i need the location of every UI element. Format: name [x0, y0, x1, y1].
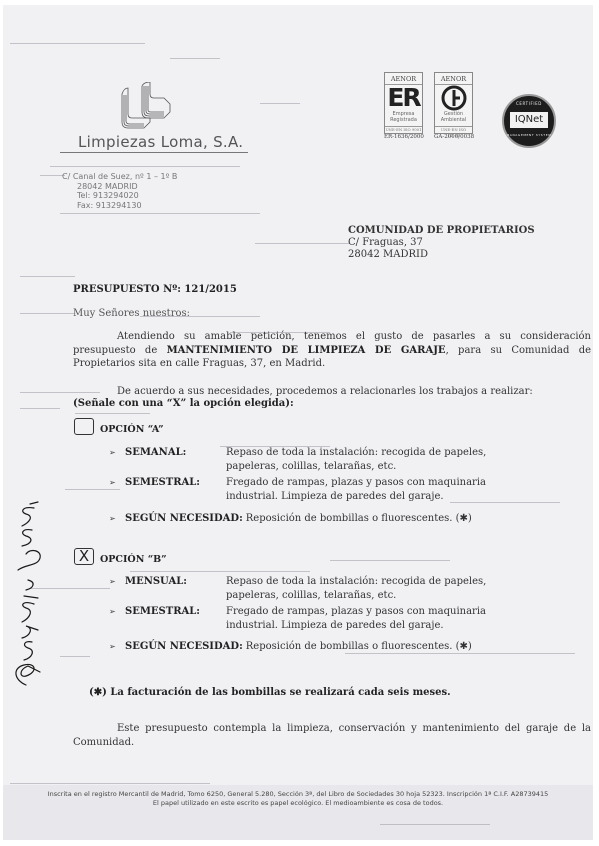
instruction: (Señale con una “X” la opción elegida):: [73, 398, 294, 409]
scan-artifact: [130, 571, 310, 572]
scan-artifact: [380, 824, 490, 825]
iqnet-certified-badge: CERTIFIED IQNet MANAGEMENT SYSTEM: [502, 94, 556, 148]
item-frequency: SEMESTRAL:: [125, 605, 200, 619]
item-description: Fregado de rampas, plazas y pasos con ma…: [226, 476, 526, 503]
list-item: ➢SEMESTRAL: Fregado de rampas, plazas y …: [109, 476, 200, 490]
closing-text: Este presupuesto contempla la limpieza, …: [73, 723, 591, 748]
divider: [60, 152, 248, 153]
badge-ring-text: MANAGEMENT SYSTEM: [504, 133, 554, 137]
scan-artifact: [10, 783, 210, 784]
scan-artifact: [255, 243, 350, 244]
arrow-bullet-icon: ➢: [109, 640, 125, 654]
work-intro-text: De acuerdo a sus necesidades, procedemos…: [117, 386, 533, 397]
item-frequency: MENSUAL:: [125, 575, 187, 589]
item-frequency: SEMANAL:: [125, 446, 186, 460]
legal-footer: Inscrita en el registro Mercantil de Mad…: [3, 790, 593, 808]
er-mark-icon: ER: [385, 85, 422, 111]
item-description: Reposición de bombillas o fluorescentes.…: [246, 641, 472, 652]
aenor-er-badge: AENOR ER Empresa Registrada UNE-EN ISO 9…: [384, 72, 423, 134]
sender-city: 28042 MADRID: [62, 182, 177, 192]
badge-issuer: AENOR: [435, 75, 472, 85]
item-frequency: SEGÚN NECESIDAD:: [125, 512, 243, 526]
badge-ring-text: CERTIFIED: [504, 101, 554, 106]
recipient-name: COMUNIDAD DE PROPIETARIOS: [348, 225, 535, 237]
badge-norm: UNE-EN ISO 14001: [435, 126, 472, 133]
arrow-bullet-icon: ➢: [109, 575, 125, 589]
scan-artifact: [20, 276, 75, 277]
quote-reference: PRESUPUESTO Nº: 121/2015: [73, 284, 237, 295]
arrow-bullet-icon: ➢: [109, 476, 125, 490]
badge-norm: UNE-EN ISO 9001: [385, 126, 422, 133]
list-item: ➢MENSUAL: Repaso de toda la instalación:…: [109, 575, 187, 589]
badge-caption: Registrada: [385, 117, 422, 123]
arrow-bullet-icon: ➢: [109, 446, 125, 460]
scan-artifact: [60, 656, 90, 657]
scan-artifact: [10, 43, 145, 44]
item-frequency: SEMESTRAL:: [125, 476, 200, 490]
item-description: Reposición de bombillas o fluorescentes.…: [246, 513, 472, 524]
option-b-title: OPCIÓN “B”: [100, 554, 167, 565]
footnote: (✱) La facturación de las bombillas se r…: [89, 687, 451, 698]
scan-artifact: [75, 413, 150, 414]
intro-paragraph: Atendiendo su amable petición, tenemos e…: [73, 330, 591, 371]
recipient-city: 28042 MADRID: [348, 249, 535, 261]
sender-fax: Fax: 913294130: [62, 201, 177, 211]
registry-info: Inscrita en el registro Mercantil de Mad…: [3, 790, 593, 799]
arrow-bullet-icon: ➢: [109, 512, 125, 526]
list-item: ➢SEGÚN NECESIDAD:Reposición de bombillas…: [109, 640, 472, 654]
badge-code: ER-1636/2000: [384, 134, 424, 140]
aenor-ga-badge: AENOR Gestión Ambiental UNE-EN ISO 14001: [434, 72, 473, 134]
service-name: MANTENIMIENTO DE LIMPIEZA DE GARAJE: [167, 345, 446, 356]
handwritten-signature-icon: Rafael Vargas: [4, 500, 48, 690]
limpiezas-loma-logo-icon: [120, 82, 176, 132]
item-description: Fregado de rampas, plazas y pasos con ma…: [226, 605, 526, 632]
salutation: Muy Señores nuestros:: [73, 308, 190, 319]
list-item: ➢SEGÚN NECESIDAD:Reposición de bombillas…: [109, 512, 472, 526]
gestion-ambiental-icon: [441, 85, 467, 111]
scan-artifact: [260, 103, 300, 104]
scan-artifact: [60, 213, 260, 214]
closing-paragraph: Este presupuesto contempla la limpieza, …: [73, 722, 591, 749]
recipient-address: COMUNIDAD DE PROPIETARIOS C/ Fraguas, 37…: [348, 225, 535, 261]
option-b-checkbox[interactable]: X: [74, 548, 94, 565]
option-a: OPCIÓN “A”: [74, 418, 164, 435]
scan-artifact: [20, 313, 75, 314]
option-a-checkbox[interactable]: [74, 418, 94, 435]
badge-caption: Ambiental: [435, 117, 472, 123]
recipient-street: C/ Fraguas, 37: [348, 237, 535, 249]
sender-address: C/ Canal de Suez, nº 1 – 1º B 28042 MADR…: [62, 172, 177, 210]
scan-artifact: [330, 560, 450, 561]
list-item: ➢SEMANAL: Repaso de toda la instalación:…: [109, 446, 186, 460]
option-b: X OPCIÓN “B”: [74, 548, 167, 565]
list-item: ➢SEMESTRAL: Fregado de rampas, plazas y …: [109, 605, 200, 619]
scan-artifact: [20, 408, 60, 409]
item-description: Repaso de toda la instalación: recogida …: [226, 446, 526, 473]
eco-notice: El papel utilizado en este escrito es pa…: [3, 799, 593, 808]
work-intro-paragraph: De acuerdo a sus necesidades, procedemos…: [73, 385, 591, 399]
arrow-bullet-icon: ➢: [109, 605, 125, 619]
scan-artifact: [170, 58, 220, 59]
badge-code: GA-2010/0038: [434, 134, 474, 140]
sender-street: C/ Canal de Suez, nº 1 – 1º B: [62, 172, 177, 182]
option-a-title: OPCIÓN “A”: [100, 424, 164, 435]
item-description: Repaso de toda la instalación: recogida …: [226, 575, 526, 602]
company-name: Limpiezas Loma, S.A.: [78, 133, 243, 151]
iqnet-logo-icon: IQNet: [510, 112, 548, 128]
item-frequency: SEGÚN NECESIDAD:: [125, 640, 243, 654]
scan-artifact: [50, 166, 240, 167]
sender-phone: Tel: 913294020: [62, 191, 177, 201]
